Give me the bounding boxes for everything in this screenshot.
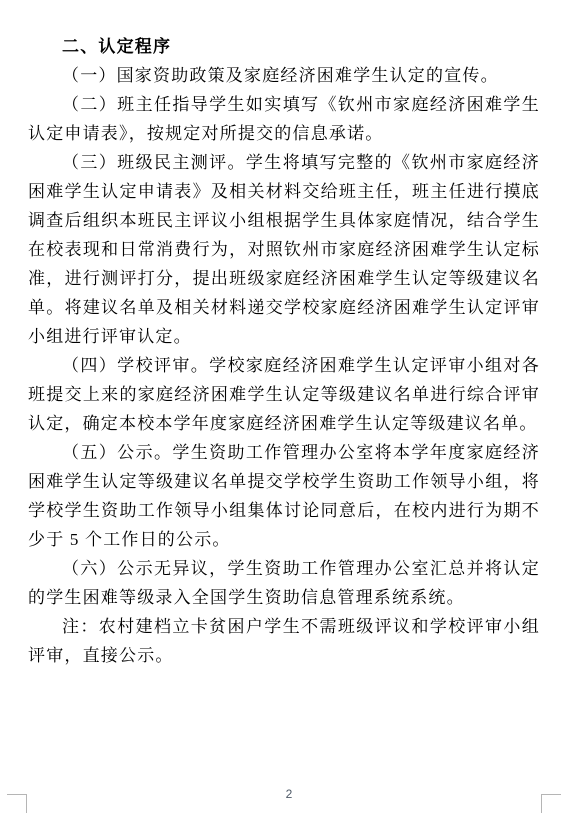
paragraph-1: （一）国家资助政策及家庭经济困难学生认定的宣传。 [28,61,540,90]
paragraph-3: （三）班级民主测评。学生将填写完整的《钦州市家庭经济困难学生认定申请表》及相关材… [28,148,540,351]
paragraph-2: （二）班主任指导学生如实填写《钦州市家庭经济困难学生认定申请表》，按规定对所提交… [28,90,540,148]
page-footer: 2 [0,785,578,803]
paragraph-6: （六）公示无异议，学生资助工作管理办公室汇总并将认定的学生困难等级录入全国学生资… [28,554,540,612]
page-number: 2 [286,787,293,801]
paragraph-7: 注：农村建档立卡贫困户学生不需班级评议和学校评审小组评审，直接公示。 [28,612,540,670]
paragraph-5: （五）公示。学生资助工作管理办公室将本学年度家庭经济困难学生认定等级建议名单提交… [28,438,540,554]
section-heading: 二、认定程序 [28,32,540,61]
document-page: 二、认定程序 （一）国家资助政策及家庭经济困难学生认定的宣传。 （二）班主任指导… [0,0,578,829]
document-body: 二、认定程序 （一）国家资助政策及家庭经济困难学生认定的宣传。 （二）班主任指导… [28,32,540,670]
paragraph-4: （四）学校评审。学校家庭经济困难学生认定评审小组对各班提交上来的家庭经济困难学生… [28,351,540,438]
